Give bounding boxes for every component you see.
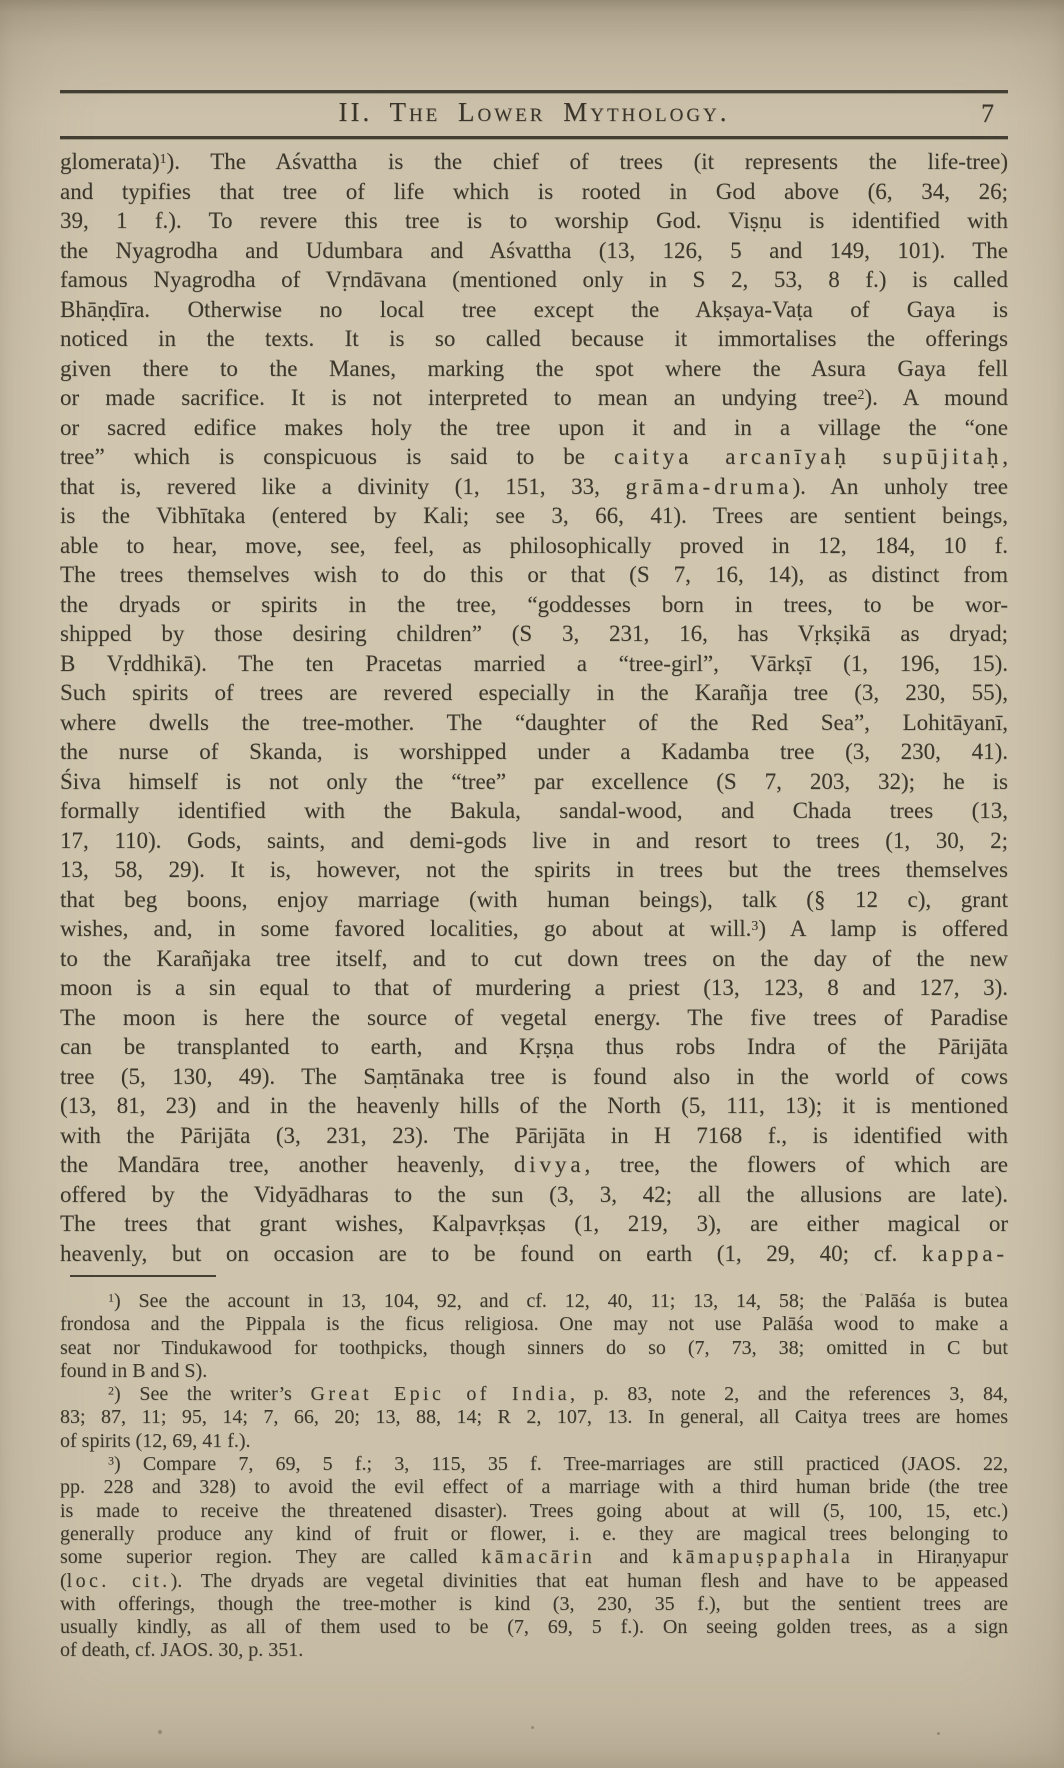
letterspaced-term: Great Epic of India	[311, 1383, 570, 1405]
footnote-reference-mark: 2	[858, 387, 865, 402]
footnote-3-line: pp. 228 and 328) to avoid the evil effec…	[60, 1476, 1008, 1499]
footnote-separator	[70, 1275, 216, 1277]
header-rule-bottom	[60, 136, 1008, 139]
running-head-title: II. The Lower Mythology.	[60, 97, 1008, 128]
scan-speck	[531, 1726, 534, 1729]
body-paragraph-line: Such spirits of trees are revered especi…	[60, 678, 1008, 708]
footnote-3-line: usually kindly, as all of them used to b…	[60, 1616, 1008, 1639]
body-paragraph-line: The trees that grant wishes, Kalpavṛkṣas…	[60, 1209, 1008, 1239]
body-paragraph-line: Śiva himself is not only the “tree” par …	[60, 767, 1008, 797]
body-paragraph-line: 17, 110). Gods, saints, and demi-gods li…	[60, 826, 1008, 856]
body-paragraph-line: or sacred edifice makes holy the tree up…	[60, 413, 1008, 443]
footnote-2: 2) See the writer’s Great Epic of India,…	[60, 1383, 1008, 1453]
body-paragraph-line: where dwells the tree-mother. The “daugh…	[60, 708, 1008, 738]
footnote-1: 1) See the account in 13, 104, 92, and c…	[60, 1290, 1008, 1383]
footnote-reference-mark: 3	[108, 1454, 114, 1468]
body-paragraph-line: noticed in the texts. It is so called be…	[60, 324, 1008, 354]
body-paragraph-line: famous Nyagrodha of Vṛndāvana (mentioned…	[60, 265, 1008, 295]
body-paragraph-line: (13, 81, 23) and in the heavenly hills o…	[60, 1091, 1008, 1121]
footnote-3: 3) Compare 7, 69, 5 f.; 3, 115, 35 f. Tr…	[60, 1453, 1008, 1663]
body-paragraph-line: the nurse of Skanda, is worshipped under…	[60, 737, 1008, 767]
body-paragraph-line: the Mandāra tree, another heavenly, divy…	[60, 1150, 1008, 1180]
scan-speck	[158, 1730, 162, 1734]
body-paragraph-line: 13, 58, 29). It is, however, not the spi…	[60, 855, 1008, 885]
footnote-reference-mark: 2	[108, 1384, 114, 1398]
letterspaced-term: loc. cit.	[67, 1570, 171, 1592]
body-paragraph-line: and typifies that tree of life which is …	[60, 177, 1008, 207]
footnote-3-line: 3) Compare 7, 69, 5 f.; 3, 115, 35 f. Tr…	[60, 1453, 1008, 1476]
footnote-3-line: some superior region. They are called kā…	[60, 1546, 1008, 1569]
body-paragraph-line: 39, 1 f.). To revere this tree is to wor…	[60, 206, 1008, 236]
footnote-3-line: of death, cf. JAOS. 30, p. 351.	[60, 1639, 1008, 1662]
footnotes-section: 1) See the account in 13, 104, 92, and c…	[60, 1290, 1008, 1663]
scanned-book-page: II. The Lower Mythology. 7 glomerata)1).…	[0, 0, 1064, 1768]
body-paragraph-line: tree (5, 130, 49). The Saṃtānaka tree is…	[60, 1062, 1008, 1092]
letterspaced-term: kāmacārin	[481, 1546, 595, 1568]
footnote-reference-mark: 3	[751, 918, 758, 933]
letterspaced-term: grāma-druma	[626, 474, 793, 499]
letterspaced-term: kāmapuṣpaphala	[672, 1546, 853, 1568]
footnote-3-line: (loc. cit.). The dryads are vegetal divi…	[60, 1570, 1008, 1593]
page-number: 7	[981, 99, 994, 129]
footnote-1-line: seat nor Tindukawood for toothpicks, tho…	[60, 1337, 1008, 1360]
page-header: II. The Lower Mythology. 7	[60, 97, 1008, 135]
body-paragraph-line: offered by the Vidyādharas to the sun (3…	[60, 1180, 1008, 1210]
footnote-2-line: of spirits (12, 69, 41 f.).	[60, 1430, 1008, 1453]
body-paragraph-line: given there to the Manes, marking the sp…	[60, 354, 1008, 384]
footnote-1-line: frondosa and the Pippala is the ficus re…	[60, 1313, 1008, 1336]
body-paragraph-line: The moon is here the source of vegetal e…	[60, 1003, 1008, 1033]
letterspaced-term: divya	[514, 1152, 585, 1177]
body-paragraph-line: able to hear, move, see, feel, as philos…	[60, 531, 1008, 561]
footnote-2-line: 83; 87, 11; 95, 14; 7, 66, 20; 13, 88, 1…	[60, 1406, 1008, 1429]
body-paragraph-line: the dryads or spirits in the tree, “godd…	[60, 590, 1008, 620]
body-text: glomerata)1). The Aśvattha is the chief …	[60, 147, 1008, 1268]
body-paragraph-line: The trees themselves wish to do this or …	[60, 560, 1008, 590]
footnote-reference-mark: 1	[108, 1291, 114, 1305]
body-paragraph-line: heavenly, but on occasion are to be foun…	[60, 1239, 1008, 1269]
scan-speck	[860, 1293, 863, 1296]
body-paragraph-line: is the Vibhītaka (entered by Kali; see 3…	[60, 501, 1008, 531]
body-paragraph-line: shipped by those desiring children” (S 3…	[60, 619, 1008, 649]
body-paragraph-line: that beg boons, enjoy marriage (with hum…	[60, 885, 1008, 915]
body-paragraph-line: with the Pārijāta (3, 231, 23). The Pāri…	[60, 1121, 1008, 1151]
body-paragraph-line: or made sacrifice. It is not interpreted…	[60, 383, 1008, 413]
body-paragraph-line: formally identified with the Bakula, san…	[60, 796, 1008, 826]
footnote-3-line: generally produce any kind of fruit or f…	[60, 1523, 1008, 1546]
body-paragraph-line: that is, revered like a divinity (1, 151…	[60, 472, 1008, 502]
footnote-1-line: 1) See the account in 13, 104, 92, and c…	[60, 1290, 1008, 1313]
letterspaced-term: kappa-	[922, 1241, 1008, 1266]
body-paragraph-line: glomerata)1). The Aśvattha is the chief …	[60, 147, 1008, 177]
header-rule-top	[60, 90, 1008, 93]
scan-speck	[937, 1732, 940, 1735]
body-paragraph-line: can be transplanted to earth, and Kṛṣṇa …	[60, 1032, 1008, 1062]
footnote-reference-mark: 1	[160, 151, 167, 166]
letterspaced-term: caitya arcanīyaḥ supūjitaḥ	[614, 444, 1002, 469]
body-paragraph-line: Bhāṇḍīra. Otherwise no local tree except…	[60, 295, 1008, 325]
body-paragraph-line: the Nyagrodha and Udumbara and Aśvattha …	[60, 236, 1008, 266]
body-paragraph-line: wishes, and, in some favored localities,…	[60, 914, 1008, 944]
body-paragraph-line: B Vṛddhikā). The ten Pracetas married a …	[60, 649, 1008, 679]
body-paragraph-line: to the Karañjaka tree itself, and to cut…	[60, 944, 1008, 974]
footnote-3-line: is made to receive the threatened disast…	[60, 1500, 1008, 1523]
footnote-3-line: with offerings, though the tree-mother i…	[60, 1593, 1008, 1616]
body-paragraph-line: tree” which is conspicuous is said to be…	[60, 442, 1008, 472]
body-paragraph-line: moon is a sin equal to that of murdering…	[60, 973, 1008, 1003]
footnote-1-line: found in B and S).	[60, 1360, 1008, 1383]
footnote-2-line: 2) See the writer’s Great Epic of India,…	[60, 1383, 1008, 1406]
